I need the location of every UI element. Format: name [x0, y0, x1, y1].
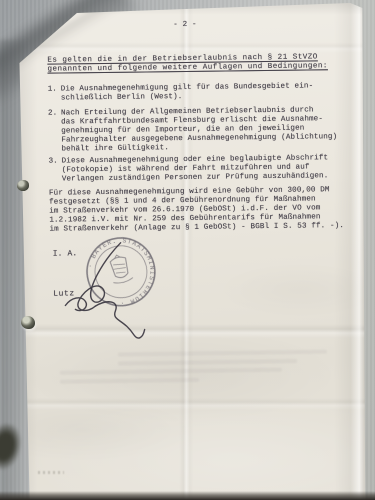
heading: Es gelten die in der Betriebserlaubnis n…	[47, 53, 328, 74]
clause-text: Diese Ausnahmegenehmigung oder eine begl…	[62, 154, 329, 184]
typed-content: - 2 - Es gelten die in der Betriebserlau…	[0, 0, 375, 500]
typed-name: Lutz	[53, 289, 75, 298]
paper-sheet: - 2 - Es gelten die in der Betriebserlau…	[0, 0, 375, 500]
fee-paragraph: Für diese Ausnahmegenehmigung wird eine …	[49, 186, 344, 235]
photographed-document: - 2 - Es gelten die in der Betriebserlau…	[0, 0, 375, 500]
punch-hole-top	[17, 180, 29, 191]
clause-number: 1.	[48, 86, 61, 104]
clause-text: Die Ausnahmegenehmigung gilt für das Bun…	[61, 82, 314, 103]
clause-text: Nach Erteilung der Allgemeinen Betriebse…	[61, 106, 337, 154]
clause-1: 1. Die Ausnahmegenehmigung gilt für das …	[48, 82, 314, 103]
clause-number: 3.	[49, 158, 62, 185]
page-number: - 2 -	[47, 19, 323, 31]
clause-3: 3. Diese Ausnahmegenehmigung oder eine b…	[49, 154, 329, 184]
clause-2: 2. Nach Erteilung der Allgemeinen Betrie…	[48, 106, 337, 155]
punch-hole-bottom	[21, 316, 35, 329]
pencil-smudge	[38, 471, 64, 474]
desk-edge-shadow	[0, 491, 375, 500]
ink-bleed-through	[60, 367, 312, 388]
clause-number: 2.	[48, 110, 62, 155]
